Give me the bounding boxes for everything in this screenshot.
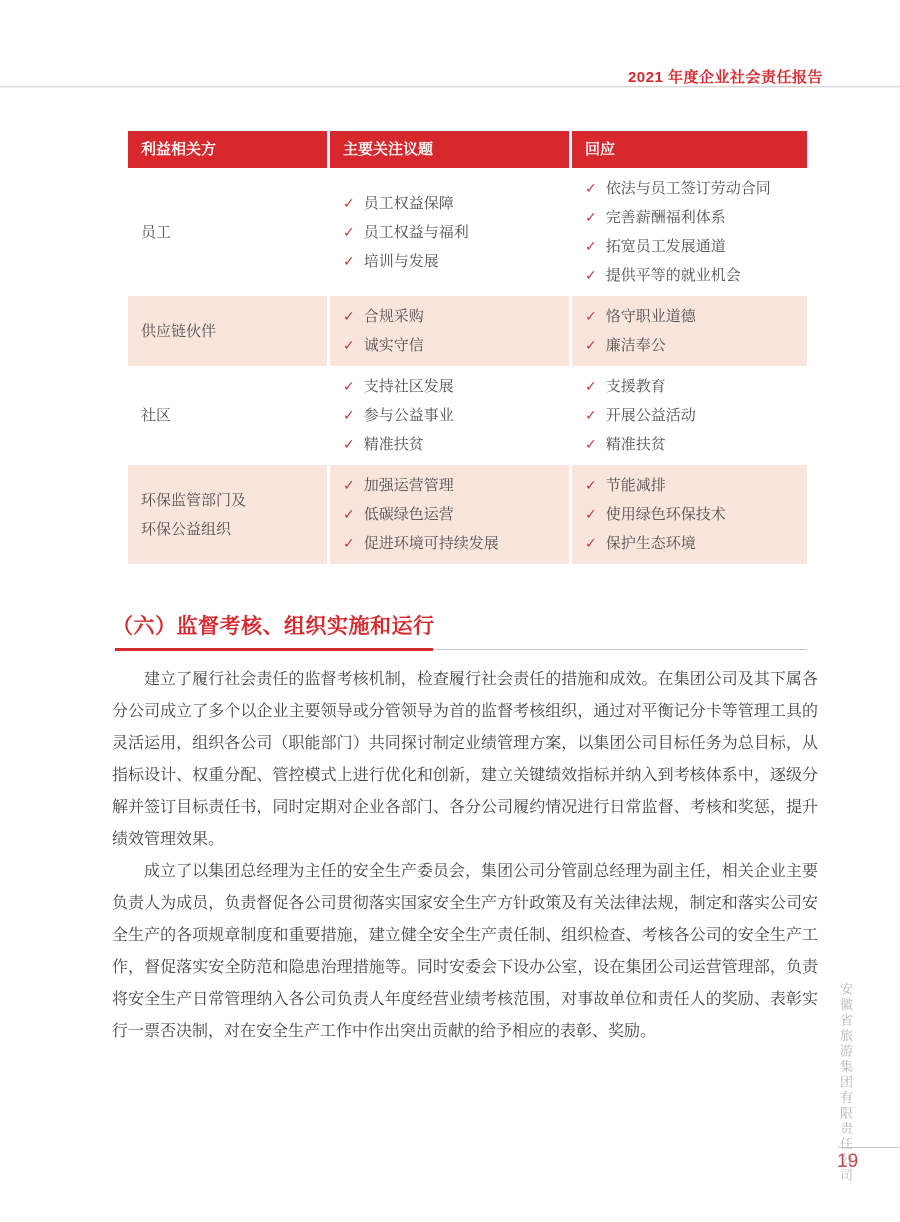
item-text: 合规采购	[364, 303, 424, 331]
table-header-row: 利益相关方 主要关注议题 回应	[128, 131, 807, 168]
item-text: 支援教育	[606, 373, 666, 401]
list-item: ✓支援教育	[585, 372, 801, 401]
list-item: ✓拓宽员工发展通道	[585, 232, 801, 261]
column-header-issues: 主要关注议题	[330, 131, 569, 168]
list-item: ✓合规采购	[343, 302, 563, 331]
list-item: ✓参与公益事业	[343, 401, 563, 430]
stakeholder-cell: 社区	[128, 366, 327, 465]
page-header-title: 2021 年度企业社会责任报告	[628, 66, 823, 87]
table-row: 环保监管部门及 环保公益组织✓加强运营管理✓低碳绿色运营✓促进环境可持续发展✓节…	[128, 465, 807, 564]
check-icon: ✓	[585, 372, 597, 400]
check-icon: ✓	[343, 247, 355, 275]
list-item: ✓低碳绿色运营	[343, 500, 563, 529]
table-row: 供应链伙伴✓合规采购✓诚实守信✓恪守职业道德✓廉洁奉公	[128, 296, 807, 366]
check-icon: ✓	[343, 471, 355, 499]
check-icon: ✓	[343, 331, 355, 359]
item-text: 使用绿色环保技术	[606, 501, 726, 529]
list-item: ✓廉洁奉公	[585, 331, 801, 360]
list-item: ✓员工权益保障	[343, 189, 563, 218]
check-icon: ✓	[585, 471, 597, 499]
check-icon: ✓	[585, 174, 597, 202]
responses-cell: ✓节能减排✓使用绿色环保技术✓保护生态环境	[572, 465, 807, 564]
list-item: ✓精准扶贫	[343, 430, 563, 459]
item-text: 保护生态环境	[606, 530, 696, 558]
list-item: ✓支持社区发展	[343, 372, 563, 401]
issues-cell: ✓员工权益保障✓员工权益与福利✓培训与发展	[330, 168, 569, 296]
section-six: （六）监督考核、组织实施和运行	[112, 612, 818, 651]
list-item: ✓开展公益活动	[585, 401, 801, 430]
check-icon: ✓	[343, 218, 355, 246]
item-text: 诚实守信	[364, 332, 424, 360]
section-heading-rule	[112, 647, 818, 651]
stakeholder-cell: 供应链伙伴	[128, 296, 327, 366]
item-text: 精准扶贫	[606, 431, 666, 459]
check-icon: ✓	[585, 203, 597, 231]
page-number-divider	[838, 1147, 900, 1148]
item-text: 低碳绿色运营	[364, 501, 454, 529]
stakeholder-table: 利益相关方 主要关注议题 回应 员工✓员工权益保障✓员工权益与福利✓培训与发展✓…	[128, 131, 807, 564]
column-header-response: 回应	[572, 131, 807, 168]
list-item: ✓提供平等的就业机会	[585, 261, 801, 290]
item-text: 节能减排	[606, 472, 666, 500]
item-text: 促进环境可持续发展	[364, 530, 499, 558]
report-page: 2021 年度企业社会责任报告 利益相关方 主要关注议题 回应 员工✓员工权益保…	[0, 0, 900, 1222]
list-item: ✓保护生态环境	[585, 529, 801, 558]
item-text: 员工权益与福利	[364, 219, 469, 247]
responses-cell: ✓支援教育✓开展公益活动✓精准扶贫	[572, 366, 807, 465]
list-item: ✓促进环境可持续发展	[343, 529, 563, 558]
check-icon: ✓	[343, 189, 355, 217]
list-item: ✓恪守职业道德	[585, 302, 801, 331]
item-text: 加强运营管理	[364, 472, 454, 500]
item-text: 廉洁奉公	[606, 332, 666, 360]
item-text: 提供平等的就业机会	[606, 262, 741, 290]
item-text: 拓宽员工发展通道	[606, 233, 726, 261]
check-icon: ✓	[343, 430, 355, 458]
item-text: 精准扶贫	[364, 431, 424, 459]
issues-cell: ✓合规采购✓诚实守信	[330, 296, 569, 366]
stakeholder-cell: 环保监管部门及 环保公益组织	[128, 465, 327, 564]
heading-rule-red	[115, 648, 433, 651]
list-item: ✓诚实守信	[343, 331, 563, 360]
responses-cell: ✓依法与员工签订劳动合同✓完善薪酬福利体系✓拓宽员工发展通道✓提供平等的就业机会	[572, 168, 807, 296]
item-text: 参与公益事业	[364, 402, 454, 430]
check-icon: ✓	[343, 302, 355, 330]
header-divider	[0, 86, 900, 88]
check-icon: ✓	[343, 401, 355, 429]
check-icon: ✓	[585, 232, 597, 260]
paragraph: 成立了以集团总经理为主任的安全生产委员会，集团公司分管副总经理为副主任，相关企业…	[112, 856, 818, 1048]
column-header-stakeholder: 利益相关方	[128, 131, 327, 168]
list-item: ✓依法与员工签订劳动合同	[585, 174, 801, 203]
stakeholder-cell: 员工	[128, 168, 327, 296]
check-icon: ✓	[585, 302, 597, 330]
item-text: 开展公益活动	[606, 402, 696, 430]
item-text: 依法与员工签订劳动合同	[606, 175, 771, 203]
check-icon: ✓	[343, 500, 355, 528]
list-item: ✓精准扶贫	[585, 430, 801, 459]
check-icon: ✓	[585, 401, 597, 429]
list-item: ✓员工权益与福利	[343, 218, 563, 247]
table-row: 员工✓员工权益保障✓员工权益与福利✓培训与发展✓依法与员工签订劳动合同✓完善薪酬…	[128, 168, 807, 296]
list-item: ✓加强运营管理	[343, 471, 563, 500]
item-text: 支持社区发展	[364, 373, 454, 401]
paragraph: 建立了履行社会责任的监督考核机制，检查履行社会责任的措施和成效。在集团公司及其下…	[112, 664, 818, 856]
check-icon: ✓	[585, 500, 597, 528]
section-heading: （六）监督考核、组织实施和运行	[112, 612, 818, 642]
list-item: ✓使用绿色环保技术	[585, 500, 801, 529]
list-item: ✓培训与发展	[343, 247, 563, 276]
issues-cell: ✓支持社区发展✓参与公益事业✓精准扶贫	[330, 366, 569, 465]
table-row: 社区✓支持社区发展✓参与公益事业✓精准扶贫✓支援教育✓开展公益活动✓精准扶贫	[128, 366, 807, 465]
list-item: ✓完善薪酬福利体系	[585, 203, 801, 232]
page-number: 19	[837, 1151, 858, 1173]
item-text: 完善薪酬福利体系	[606, 204, 726, 232]
check-icon: ✓	[585, 331, 597, 359]
item-text: 员工权益保障	[364, 190, 454, 218]
check-icon: ✓	[343, 529, 355, 557]
responses-cell: ✓恪守职业道德✓廉洁奉公	[572, 296, 807, 366]
issues-cell: ✓加强运营管理✓低碳绿色运营✓促进环境可持续发展	[330, 465, 569, 564]
check-icon: ✓	[585, 529, 597, 557]
item-text: 培训与发展	[364, 248, 439, 276]
list-item: ✓节能减排	[585, 471, 801, 500]
check-icon: ✓	[343, 372, 355, 400]
check-icon: ✓	[585, 261, 597, 289]
section-body: 建立了履行社会责任的监督考核机制，检查履行社会责任的措施和成效。在集团公司及其下…	[112, 664, 818, 1048]
item-text: 恪守职业道德	[606, 303, 696, 331]
check-icon: ✓	[585, 430, 597, 458]
